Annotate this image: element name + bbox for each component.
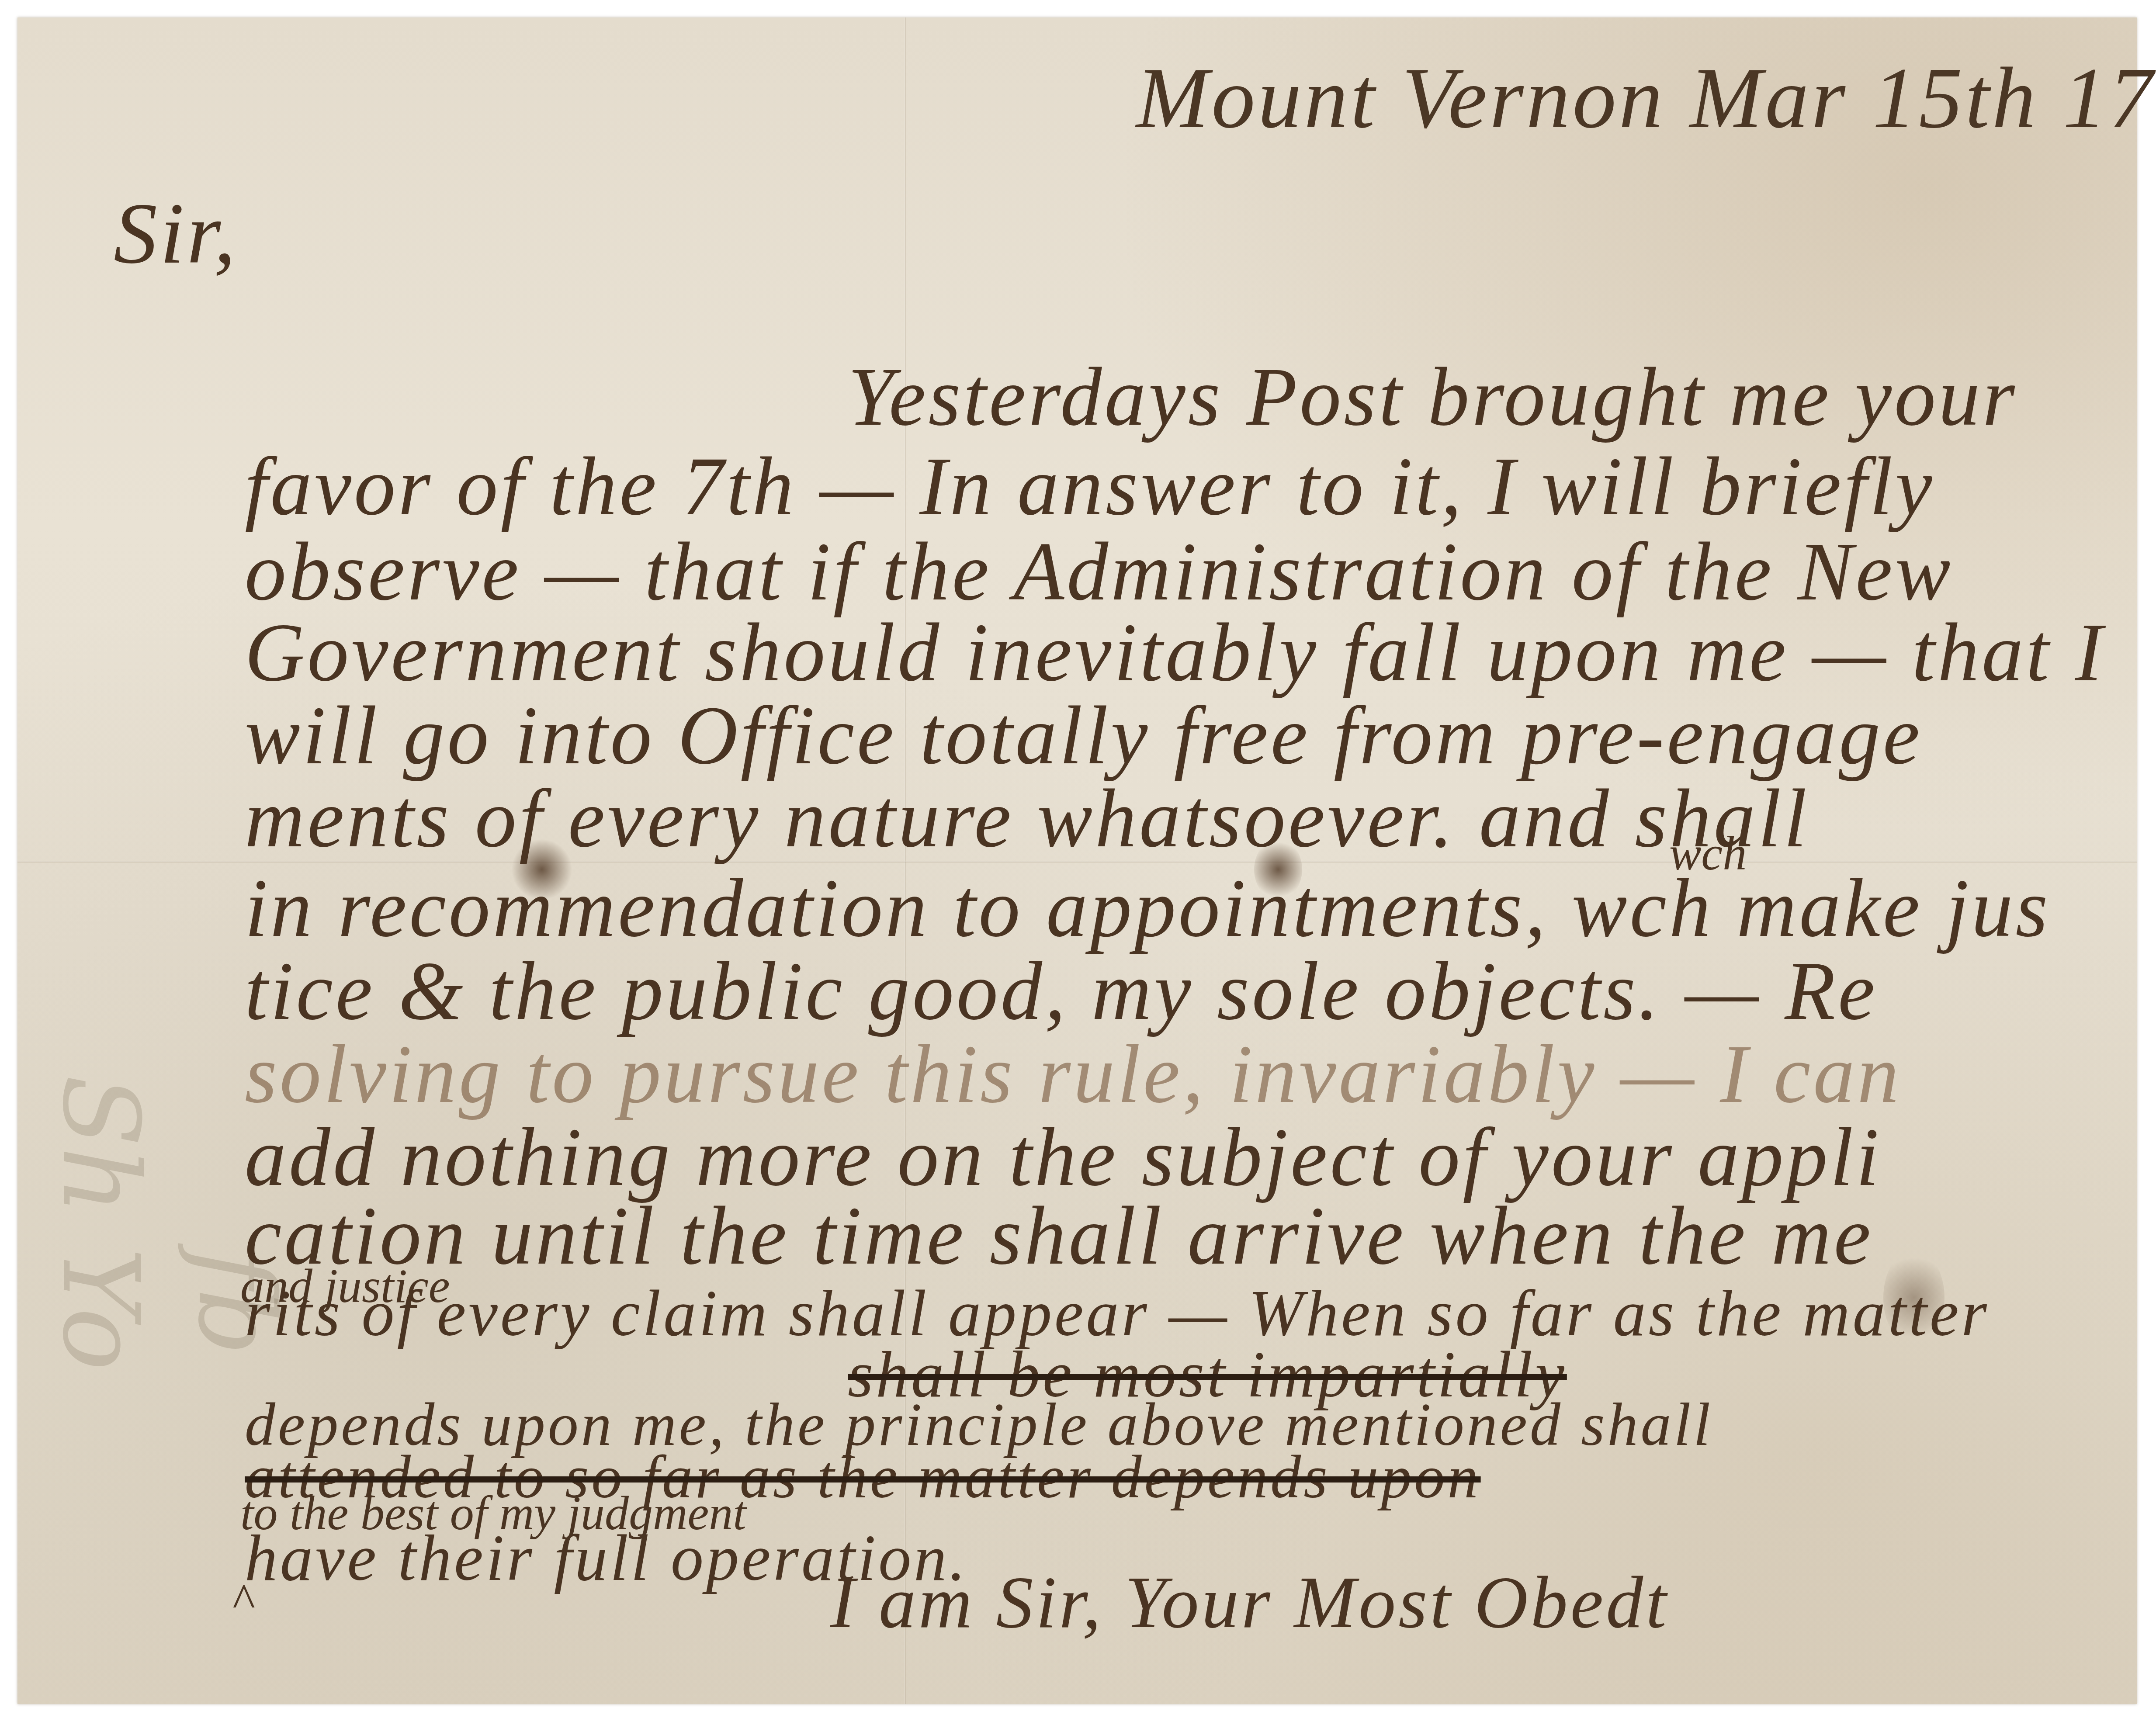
body-line: in recommendation to appointments, wch m…: [245, 861, 2050, 956]
dateline: Mount Vernon Mar 15th 1789: [1136, 48, 2156, 148]
body-line-faded: solving to pursue this rule, invariably …: [245, 1027, 1901, 1122]
salutation: Sir,: [114, 184, 238, 284]
letter-sheet: Sh Yo fb Mount Vernon Mar 15th 1789 Sir,…: [17, 17, 2137, 1704]
body-line: cation until the time shall arrive when …: [245, 1188, 1873, 1284]
body-line: tice & the public good, my sole objects.…: [245, 944, 1878, 1039]
body-line: Government should inevitably fall upon m…: [245, 605, 2105, 700]
body-line: ments of every nature whatsoever. and sh…: [245, 771, 1809, 866]
closing-line-1: I am Sir, Your Most Obedt: [830, 1560, 1669, 1645]
body-line: Yesterdays Post brought me your: [848, 350, 2017, 445]
bleed-through-text: Sh Yo: [39, 1075, 162, 1371]
caret-mark: ^: [232, 1573, 252, 1628]
body-line: favor of the 7th — In answer to it, I wi…: [245, 439, 1935, 534]
body-line: will go into Office totally free from pr…: [245, 688, 1922, 783]
